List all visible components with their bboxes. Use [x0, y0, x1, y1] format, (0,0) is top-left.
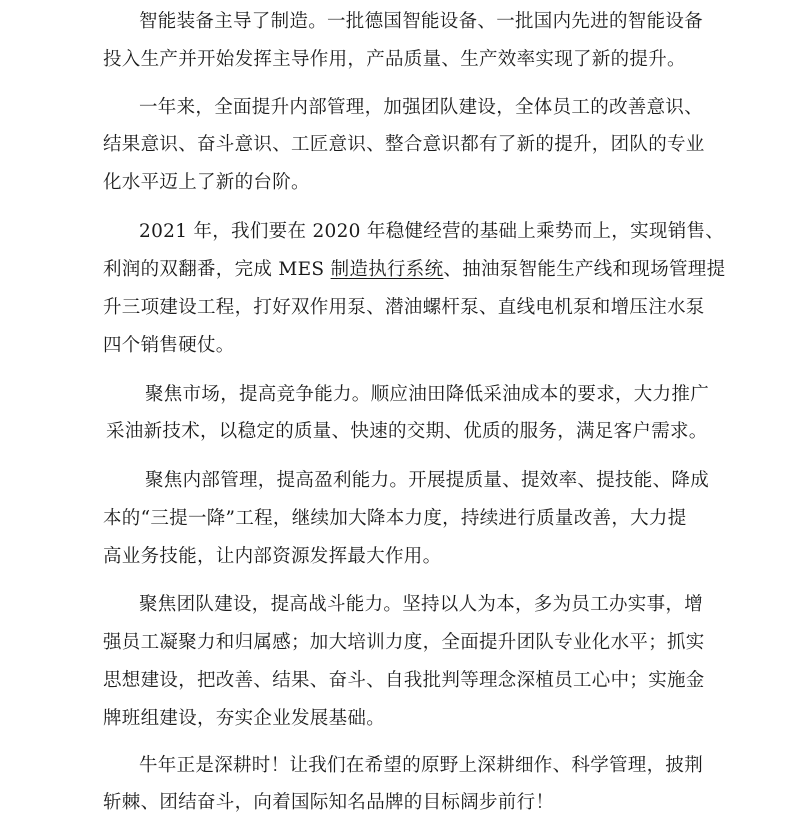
paragraph-2-line-3: 化水平迈上了新的台阶。: [103, 171, 310, 195]
paragraph-1-line-2: 投入生产并开始发挥主导作用，产品质量、生产效率实现了新的提升。: [103, 48, 686, 72]
paragraph-2-line-2: 结果意识、奋斗意识、工匠意识、整合意识都有了新的提升，团队的专业: [103, 133, 705, 157]
line-text-after: 、抽油泵智能生产线和现场管理提: [443, 259, 725, 280]
paragraph-6-line-1: 聚焦团队建设，提高战斗能力。坚持以人为本，多为员工办实事，增: [139, 593, 703, 617]
line-text-before: 利润的双翻番，完成 MES: [103, 259, 331, 280]
mes-system-link[interactable]: 制造执行系统: [331, 259, 444, 280]
paragraph-4-line-1: 聚焦市场，提高竞争能力。顺应油田降低采油成本的要求，大力推广: [145, 383, 709, 407]
paragraph-5-line-1: 聚焦内部管理，提高盈利能力。开展提质量、提效率、提技能、降成: [145, 469, 709, 493]
paragraph-7-line-2: 斩棘、团结奋斗，向着国际知名品牌的目标阔步前行！: [103, 791, 554, 815]
paragraph-4-line-2: 采油新技术，以稳定的质量、快速的交期、优质的服务，满足客户需求。: [106, 420, 708, 444]
paragraph-5-line-3: 高业务技能，让内部资源发挥最大作用。: [103, 545, 441, 569]
paragraph-7-line-1: 牛年正是深耕时！让我们在希望的原野上深耕细作、科学管理，披荆: [139, 754, 703, 778]
paragraph-5-line-2: 本的“三提一降”工程，继续加大降本力度，持续进行质量改善，大力提: [103, 507, 687, 531]
paragraph-3-line-2: 利润的双翻番，完成 MES 制造执行系统、抽油泵智能生产线和现场管理提: [103, 258, 725, 282]
paragraph-6-line-3: 思想建设，把改善、结果、奋斗、自我批判等理念深植员工心中；实施金: [103, 669, 705, 693]
paragraph-3-line-4: 四个销售硬仗。: [103, 334, 235, 358]
paragraph-3-line-1: 2021 年，我们要在 2020 年稳健经营的基础上乘势而上，实现销售、: [139, 220, 724, 244]
paragraph-6-line-2: 强员工凝聚力和归属感；加大培训力度，全面提升团队专业化水平；抓实: [103, 631, 705, 655]
paragraph-2-line-1: 一年来，全面提升内部管理，加强团队建设，全体员工的改善意识、: [139, 96, 703, 120]
paragraph-1-line-1: 智能装备主导了制造。一批德国智能设备、一批国内先进的智能设备: [139, 10, 703, 34]
paragraph-6-line-4: 牌班组建设，夯实企业发展基础。: [103, 707, 385, 731]
document-page: 智能装备主导了制造。一批德国智能设备、一批国内先进的智能设备 投入生产并开始发挥…: [0, 0, 794, 837]
paragraph-3-line-3: 升三项建设工程，打好双作用泵、潜油螺杆泵、直线电机泵和增压注水泵: [103, 296, 705, 320]
